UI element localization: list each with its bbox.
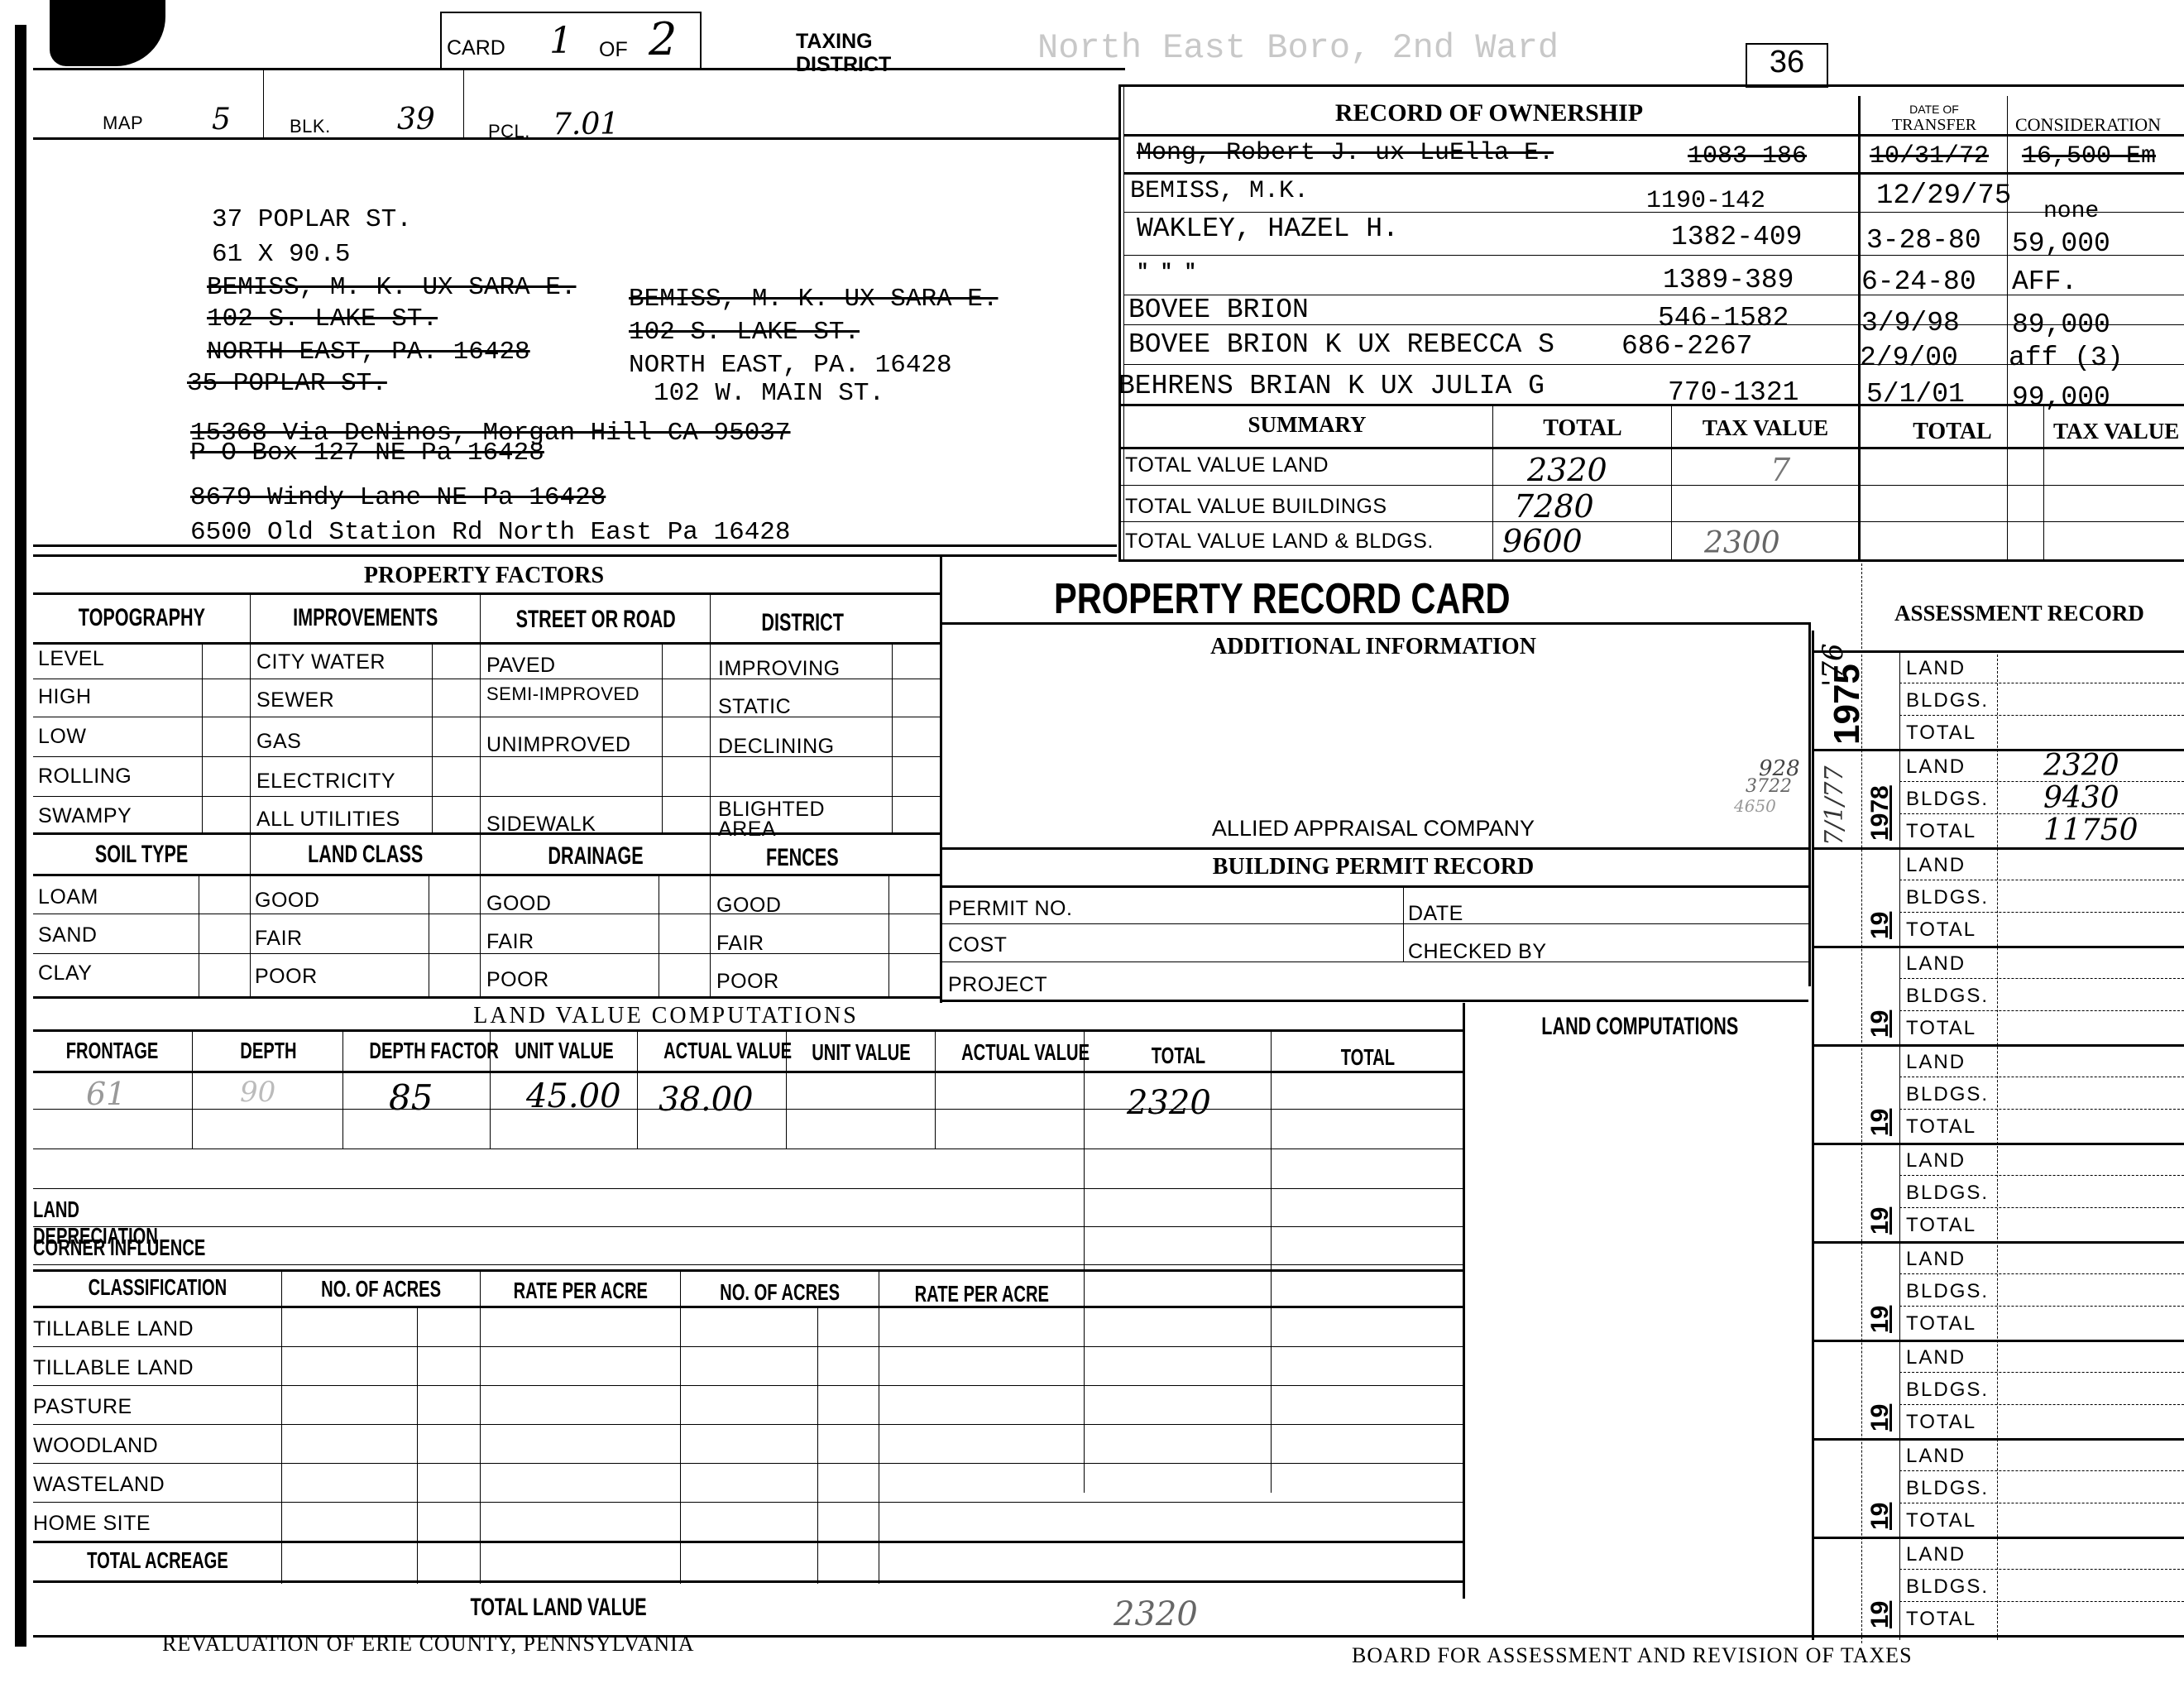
- mailing-address-current: 6500 Old Station Rd North East Pa 16428: [190, 518, 791, 547]
- factor-header: DISTRICT: [711, 609, 893, 637]
- assessment-total-label: TOTAL: [1906, 918, 1976, 942]
- card-total: 2: [649, 13, 677, 65]
- col-unit-value-2: UNIT VALUE: [788, 1039, 935, 1066]
- col-classification: CLASSIFICATION: [33, 1274, 281, 1301]
- assessment-total-label: TOTAL: [1906, 1017, 1976, 1040]
- assessment-land-label: LAND: [1906, 1346, 1966, 1369]
- summary-label: TOTAL VALUE BUILDINGS: [1125, 495, 1387, 519]
- factor-header-text: DRAINAGE: [548, 842, 643, 870]
- factor-item: DECLINING: [718, 735, 835, 759]
- col-acres-2: NO. OF ACRES: [682, 1279, 879, 1306]
- depth-value: 90: [240, 1076, 275, 1109]
- mailing-address-old-3: 8679 Windy Lane NE Pa 16428: [190, 483, 606, 512]
- assessment-total-label: TOTAL: [1906, 1411, 1976, 1434]
- col-total-2: TOTAL: [1272, 1044, 1463, 1071]
- district-code: 36: [1770, 45, 1804, 79]
- summary-tax-value-header-2: TAX VALUE: [2045, 419, 2184, 444]
- factor-item: GAS: [256, 730, 301, 754]
- unit-value: 45.00: [526, 1077, 621, 1115]
- owner-name: WAKLEY, HAZEL H.: [1137, 213, 1399, 244]
- assessment-year: 19: [1866, 912, 1894, 939]
- card-number-box: CARD 1 OF 2: [440, 12, 702, 70]
- col-depth: DEPTH: [194, 1038, 342, 1064]
- assessment-year: 19: [1866, 1306, 1894, 1333]
- ownership-title: RECORD OF OWNERSHIP: [1125, 99, 1853, 127]
- owner-name: BEMISS, M.K.: [1130, 177, 1309, 205]
- summary-total: 2320: [1527, 452, 1607, 488]
- property-address: 37 POPLAR ST.: [212, 205, 412, 234]
- consideration-header: CONSIDERATION: [2015, 114, 2184, 136]
- assessment-total-label: TOTAL: [1906, 1312, 1976, 1336]
- col-frontage: FRONTAGE: [33, 1038, 192, 1064]
- consideration: 99,000: [2012, 382, 2110, 413]
- factor-item: FAIR: [716, 932, 764, 956]
- deed-book: 1382-409: [1671, 222, 1802, 252]
- factor-item: POOR: [486, 968, 549, 992]
- col-text: FRONTAGE: [66, 1038, 159, 1064]
- col-text: RATE PER ACRE: [915, 1281, 1049, 1307]
- permit-no-label: PERMIT NO.: [948, 897, 1072, 921]
- assessment-bldgs-label: BLDGS.: [1906, 1280, 1989, 1303]
- old-owner-right-2: 102 S. LAKE ST.: [629, 318, 860, 347]
- col-unit-value: UNIT VALUE: [491, 1038, 637, 1064]
- row-total: 2320: [1127, 1084, 1211, 1122]
- transfer-date: 3/9/98: [1861, 308, 1960, 338]
- classification-label: WASTELAND: [33, 1473, 165, 1497]
- footer-right: BOARD FOR ASSESSMENT AND REVISION OF TAX…: [1352, 1643, 1913, 1668]
- assessment-bldgs-label: BLDGS.: [1906, 886, 1989, 909]
- card-label: CARD: [447, 36, 505, 60]
- assessment-side-note-77: 7/1/77: [1820, 765, 1849, 846]
- footer-left: REVALUATION OF ERIE COUNTY, PENNSYLVANIA: [162, 1632, 695, 1657]
- old-owner-right-1: BEMISS, M. K. UX SARA E.: [629, 285, 998, 314]
- factor-item: SEMI-IMPROVED: [486, 685, 652, 703]
- factor-header-text: STREET OR ROAD: [515, 606, 675, 634]
- factor-item: SWAMPY: [38, 804, 132, 828]
- col-text: UNIT VALUE: [515, 1038, 613, 1064]
- assessment-bldgs-label: BLDGS.: [1906, 1379, 1989, 1402]
- deed-book: 1083-186: [1688, 142, 1807, 170]
- summary-total-header: TOTAL: [1494, 415, 1671, 442]
- col-text: NO. OF ACRES: [322, 1276, 442, 1302]
- date-header: TRANSFER: [1861, 116, 2007, 135]
- old-owner-left-4: 35 POPLAR ST.: [187, 369, 387, 398]
- assessment-total-value: 11750: [2043, 813, 2138, 847]
- factor-item: POOR: [255, 965, 318, 989]
- col-total: TOTAL: [1085, 1043, 1271, 1069]
- assessment-title: ASSESSMENT RECORD: [1894, 601, 2184, 626]
- summary-total: 7280: [1514, 488, 1594, 525]
- frontage-value: 61: [86, 1076, 126, 1112]
- factor-header: SOIL TYPE: [33, 841, 250, 869]
- col-text: NO. OF ACRES: [721, 1279, 841, 1306]
- factor-item: FAIR: [486, 930, 534, 954]
- col-text: CLASSIFICATION: [88, 1274, 227, 1301]
- factor-item: SAND: [38, 923, 97, 947]
- col-depth-factor: DEPTH FACTOR: [344, 1038, 490, 1064]
- assessment-land-label: LAND: [1906, 1445, 1966, 1468]
- assessment-bldgs-label: BLDGS.: [1906, 788, 1989, 811]
- col-text: DEPTH FACTOR: [369, 1038, 498, 1064]
- assessment-land-label: LAND: [1906, 1543, 1966, 1566]
- assessment-land-label: LAND: [1906, 952, 1966, 976]
- owner-name: BOVEE BRION K UX REBECCA S: [1128, 329, 1554, 360]
- label-text: TOTAL LAND VALUE: [470, 1594, 646, 1622]
- assessment-bldgs-value: 9430: [2043, 781, 2119, 815]
- assessment-year: 19: [1866, 1503, 1894, 1530]
- factor-header-text: FENCES: [766, 844, 839, 872]
- property-record-card-title: PROPERTY RECORD CARD: [943, 574, 1621, 624]
- col-text: RATE PER ACRE: [514, 1278, 648, 1304]
- factor-item: GOOD: [486, 892, 551, 916]
- deed-book: 1389-389: [1663, 265, 1794, 295]
- total-land-value-label: TOTAL LAND VALUE: [33, 1594, 1084, 1622]
- assessment-land-label: LAND: [1906, 854, 1966, 877]
- transfer-date: 6-24-80: [1861, 266, 1976, 297]
- margin-note-2: 3722: [1746, 776, 1792, 797]
- factor-item: SEWER: [256, 688, 334, 712]
- transfer-date: 3-28-80: [1866, 225, 1981, 256]
- label-text: CORNER INFLUENCE: [33, 1235, 205, 1261]
- transfer-date: 2/9/00: [1860, 343, 1958, 373]
- old-owner-right-4: 102 W. MAIN ST.: [654, 379, 884, 408]
- summary-title: SUMMARY: [1125, 412, 1489, 438]
- col-actual-value-2: ACTUAL VALUE: [936, 1039, 1084, 1066]
- assessment-bldgs-label: BLDGS.: [1906, 1477, 1989, 1500]
- scan-edge: [15, 25, 26, 1647]
- old-owner-right-3: NORTH EAST, PA. 16428: [629, 351, 952, 380]
- consideration: AFF.: [2012, 266, 2077, 297]
- map-label: MAP: [103, 113, 143, 134]
- factor-header: STREET OR ROAD: [481, 606, 710, 634]
- pcl-value: 7.01: [553, 108, 619, 141]
- deed-book: 1190-142: [1646, 187, 1765, 215]
- card-number: 1: [549, 20, 572, 62]
- factor-header-text: TOPOGRAPHY: [78, 604, 204, 632]
- factor-header: FENCES: [711, 844, 893, 872]
- factor-header-text: DISTRICT: [761, 609, 844, 637]
- factor-item: STATIC: [718, 695, 791, 719]
- factor-item: LOAM: [38, 885, 98, 909]
- corner-influence-label: CORNER INFLUENCE: [33, 1235, 272, 1261]
- assessment-land-label: LAND: [1906, 1248, 1966, 1271]
- consideration: aff (3): [2009, 343, 2124, 373]
- cost-label: COST: [948, 933, 1007, 957]
- summary-tax-value-header: TAX VALUE: [1673, 415, 1858, 441]
- summary-label: TOTAL VALUE LAND & BLDGS.: [1125, 530, 1434, 554]
- assessment-total-label: TOTAL: [1906, 1115, 1976, 1139]
- summary-total: 9600: [1502, 523, 1583, 559]
- factor-header: LAND CLASS: [251, 841, 480, 869]
- lot-dimensions: 61 X 90.5: [212, 240, 350, 269]
- summary-tax-value: 2300: [1704, 526, 1780, 560]
- total-acreage-label: TOTAL ACREAGE: [33, 1547, 281, 1574]
- col-rate: RATE PER ACRE: [481, 1278, 680, 1304]
- assessment-total-label: TOTAL: [1906, 1509, 1976, 1532]
- col-text: TOTAL: [1151, 1043, 1205, 1069]
- assessment-year: 19: [1866, 1207, 1894, 1235]
- assessment-total-label: TOTAL: [1906, 722, 1976, 745]
- factor-item: IMPROVING: [718, 657, 841, 681]
- assessment-land-label: LAND: [1906, 755, 1966, 779]
- classification-label: WOODLAND: [33, 1434, 158, 1458]
- assessment-land-value: 2320: [2043, 749, 2119, 783]
- assessment-total-label: TOTAL: [1906, 1214, 1976, 1237]
- building-permit-title: BUILDING PERMIT RECORD: [943, 854, 1803, 880]
- classification-label: TILLABLE LAND: [33, 1317, 194, 1341]
- mailing-address-old-2: P O Box 127 NE Pa 16428: [190, 439, 544, 468]
- factor-header: DRAINAGE: [481, 842, 710, 870]
- summary-tax-value: 7: [1770, 452, 1790, 488]
- classification-label: PASTURE: [33, 1395, 132, 1419]
- classification-label: HOME SITE: [33, 1512, 151, 1536]
- margin-note-3: 4650: [1734, 796, 1776, 816]
- assessment-bldgs-label: BLDGS.: [1906, 689, 1989, 712]
- col-actual-value: ACTUAL VALUE: [639, 1038, 786, 1064]
- assessment-year: 1978: [1866, 785, 1894, 841]
- factor-item: PAVED: [486, 654, 556, 678]
- deed-book: 686-2267: [1621, 331, 1752, 362]
- assessment-year: 19: [1866, 1109, 1894, 1136]
- factor-header: IMPROVEMENTS: [251, 604, 480, 632]
- col-rate-2: RATE PER ACRE: [880, 1281, 1084, 1307]
- assessment-year: 19: [1866, 1404, 1894, 1431]
- factor-header: TOPOGRAPHY: [33, 604, 250, 632]
- old-owner-left-2: 102 S. LAKE ST.: [207, 305, 438, 333]
- factor-item: POOR: [716, 970, 779, 994]
- additional-info-title: ADDITIONAL INFORMATION: [943, 634, 1803, 660]
- land-computations-title: LAND COMPUTATIONS: [1466, 1013, 1813, 1041]
- assessment-year-1975: 1975: [1827, 664, 1868, 745]
- factor-item: ROLLING: [38, 765, 132, 789]
- col-text: ACTUAL VALUE: [961, 1039, 1090, 1066]
- factor-item: LEVEL: [38, 647, 104, 671]
- assessment-bldgs-label: BLDGS.: [1906, 1083, 1989, 1106]
- assessment-year: 19: [1866, 1010, 1894, 1038]
- old-owner-left-1: BEMISS, M. K. UX SARA E.: [207, 273, 576, 302]
- col-text: DEPTH: [240, 1038, 296, 1064]
- label-text: TOTAL ACREAGE: [87, 1547, 228, 1574]
- date-header-small: DATE OF: [1861, 103, 2007, 116]
- col-text: UNIT VALUE: [812, 1039, 910, 1066]
- old-owner-left-3: NORTH EAST, PA. 16428: [207, 338, 530, 367]
- consideration: 16,500 Em: [2022, 142, 2156, 170]
- land-value-title: LAND VALUE COMPUTATIONS: [33, 1003, 1299, 1029]
- property-factors-title: PROPERTY FACTORS: [33, 563, 935, 589]
- factor-item: LOW: [38, 725, 86, 749]
- blk-value: 39: [397, 103, 435, 137]
- factor-item: FAIR: [255, 927, 303, 951]
- deed-book: 546-1582: [1658, 303, 1789, 333]
- factor-header-text: IMPROVEMENTS: [293, 604, 438, 632]
- factor-item: UNIMPROVED: [486, 733, 630, 757]
- assessment-total-label: TOTAL: [1906, 820, 1976, 843]
- assessment-bldgs-label: BLDGS.: [1906, 1182, 1989, 1205]
- assessment-total-label: TOTAL: [1906, 1608, 1976, 1631]
- blk-label: BLK.: [290, 116, 331, 137]
- classification-label: TILLABLE LAND: [33, 1356, 194, 1380]
- assessment-land-label: LAND: [1906, 657, 1966, 680]
- col-text: TOTAL: [1340, 1044, 1394, 1071]
- owner-name: BEHRENS BRIAN K UX JULIA G: [1118, 371, 1545, 401]
- factor-item: GOOD: [255, 889, 319, 913]
- factor-header-text: LAND CLASS: [308, 841, 423, 869]
- assessment-bldgs-label: BLDGS.: [1906, 985, 1989, 1008]
- owner-name: BOVEE BRION: [1128, 295, 1309, 325]
- assessment-year: 19: [1866, 1601, 1894, 1628]
- factor-item: CLAY: [38, 961, 92, 985]
- assessment-land-label: LAND: [1906, 1149, 1966, 1172]
- card-stamp: [50, 0, 165, 66]
- map-value: 5: [212, 103, 231, 137]
- land-computations-title-text: LAND COMPUTATIONS: [1541, 1013, 1738, 1041]
- project-label: PROJECT: [948, 973, 1047, 997]
- checked-by-label: CHECKED BY: [1408, 940, 1547, 964]
- appraiser-name: ALLIED APPRAISAL COMPANY: [943, 816, 1803, 842]
- col-text: ACTUAL VALUE: [663, 1038, 792, 1064]
- assessment-bldgs-label: BLDGS.: [1906, 1575, 1989, 1599]
- depth-factor-value: 85: [389, 1077, 433, 1118]
- col-acres: NO. OF ACRES: [283, 1276, 480, 1302]
- factor-header-text: SOIL TYPE: [95, 841, 188, 869]
- factor-item: ELECTRICITY: [256, 770, 395, 794]
- taxing-district-value: North East Boro, 2nd Ward: [1037, 28, 1559, 68]
- summary-label: TOTAL VALUE LAND: [1125, 453, 1329, 477]
- transfer-date: 12/29/75: [1876, 180, 2011, 212]
- district-code-box: 36: [1746, 43, 1828, 88]
- owner-name: " " ": [1137, 261, 1196, 284]
- actual-value: 38.00: [659, 1081, 754, 1119]
- owner-name: Mong, Robert J. ux LuElla E.: [1137, 139, 1554, 167]
- transfer-date: 10/31/72: [1870, 142, 1989, 170]
- of-label: OF: [599, 38, 628, 62]
- property-record-card-title-text: PROPERTY RECORD CARD: [1054, 574, 1511, 624]
- assessment-land-label: LAND: [1906, 1051, 1966, 1074]
- date-label: DATE: [1408, 902, 1463, 926]
- factor-item: CITY WATER: [256, 650, 386, 674]
- summary-total-header-2: TOTAL: [1861, 419, 2043, 445]
- factor-item: HIGH: [38, 685, 92, 709]
- factor-item: ALL UTILITIES: [256, 808, 400, 832]
- total-land-value: 2320: [1114, 1595, 1198, 1633]
